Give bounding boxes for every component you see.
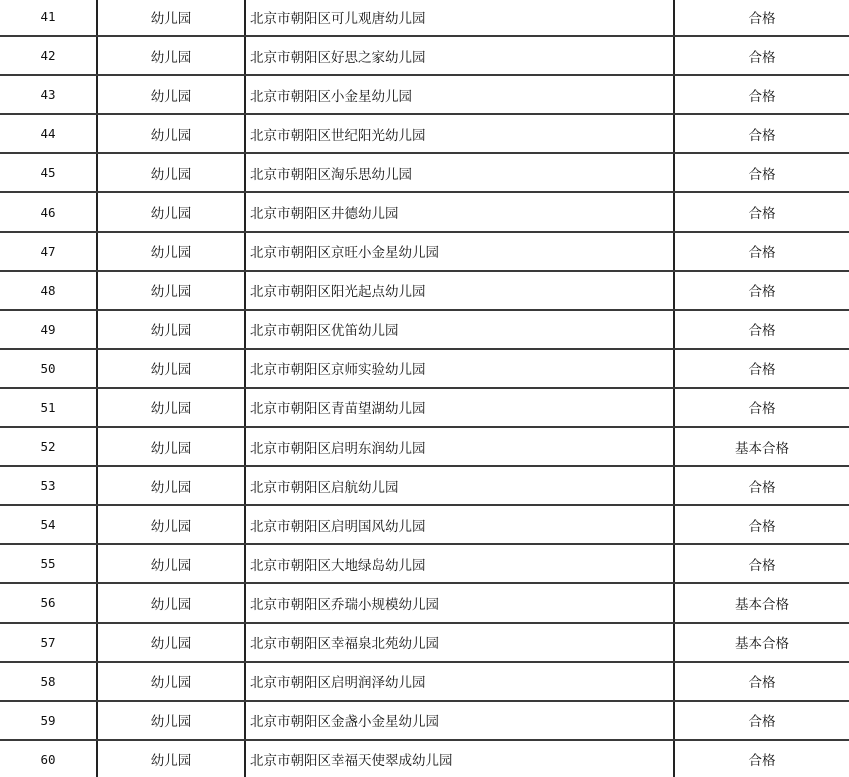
table-row: 56幼儿园北京市朝阳区乔瑞小规模幼儿园基本合格 [0,584,849,623]
institution-type-cell: 幼儿园 [98,584,246,621]
institution-name-cell: 北京市朝阳区启航幼儿园 [246,467,675,504]
inspection-result-cell: 合格 [675,76,849,113]
inspection-result-cell: 基本合格 [675,428,849,465]
institution-name-cell: 北京市朝阳区优笛幼儿园 [246,311,675,348]
institution-type-cell: 幼儿园 [98,545,246,582]
row-number-cell: 53 [0,467,98,504]
inspection-result-cell: 合格 [675,193,849,230]
inspection-result-cell: 合格 [675,506,849,543]
institution-name-cell: 北京市朝阳区金盏小金星幼儿园 [246,702,675,739]
institution-name-cell: 北京市朝阳区启明国风幼儿园 [246,506,675,543]
institution-name-cell: 北京市朝阳区好思之家幼儿园 [246,37,675,74]
table-row: 58幼儿园北京市朝阳区启明润泽幼儿园合格 [0,663,849,702]
row-number-cell: 48 [0,272,98,309]
institution-type-cell: 幼儿园 [98,76,246,113]
inspection-result-cell: 合格 [675,741,849,777]
row-number-cell: 54 [0,506,98,543]
table-row: 54幼儿园北京市朝阳区启明国风幼儿园合格 [0,506,849,545]
row-number-cell: 43 [0,76,98,113]
institution-type-cell: 幼儿园 [98,663,246,700]
row-number-cell: 58 [0,663,98,700]
inspection-result-cell: 合格 [675,702,849,739]
institution-type-cell: 幼儿园 [98,350,246,387]
institution-name-cell: 北京市朝阳区世纪阳光幼儿园 [246,115,675,152]
row-number-cell: 45 [0,154,98,191]
institution-name-cell: 北京市朝阳区淘乐思幼儿园 [246,154,675,191]
row-number-cell: 50 [0,350,98,387]
institution-type-cell: 幼儿园 [98,0,246,35]
inspection-result-cell: 基本合格 [675,584,849,621]
table-row: 59幼儿园北京市朝阳区金盏小金星幼儿园合格 [0,702,849,741]
inspection-result-cell: 合格 [675,233,849,270]
table-row: 47幼儿园北京市朝阳区京旺小金星幼儿园合格 [0,233,849,272]
inspection-result-cell: 合格 [675,272,849,309]
institution-type-cell: 幼儿园 [98,233,246,270]
table-row: 41幼儿园北京市朝阳区可儿观唐幼儿园合格 [0,0,849,37]
institution-name-cell: 北京市朝阳区幸福泉北苑幼儿园 [246,624,675,661]
inspection-result-cell: 合格 [675,389,849,426]
institution-name-cell: 北京市朝阳区井德幼儿园 [246,193,675,230]
table-row: 55幼儿园北京市朝阳区大地绿岛幼儿园合格 [0,545,849,584]
institution-name-cell: 北京市朝阳区青苗望湖幼儿园 [246,389,675,426]
table-row: 50幼儿园北京市朝阳区京师实验幼儿园合格 [0,350,849,389]
row-number-cell: 59 [0,702,98,739]
institution-name-cell: 北京市朝阳区阳光起点幼儿园 [246,272,675,309]
institution-type-cell: 幼儿园 [98,702,246,739]
table-row: 48幼儿园北京市朝阳区阳光起点幼儿园合格 [0,272,849,311]
inspection-result-cell: 合格 [675,37,849,74]
institution-name-cell: 北京市朝阳区启明东润幼儿园 [246,428,675,465]
institution-type-cell: 幼儿园 [98,506,246,543]
table-row: 51幼儿园北京市朝阳区青苗望湖幼儿园合格 [0,389,849,428]
table-row: 53幼儿园北京市朝阳区启航幼儿园合格 [0,467,849,506]
institution-name-cell: 北京市朝阳区启明润泽幼儿园 [246,663,675,700]
inspection-result-cell: 基本合格 [675,624,849,661]
row-number-cell: 47 [0,233,98,270]
institution-type-cell: 幼儿园 [98,741,246,777]
institution-type-cell: 幼儿园 [98,37,246,74]
institution-name-cell: 北京市朝阳区乔瑞小规模幼儿园 [246,584,675,621]
table-row: 42幼儿园北京市朝阳区好思之家幼儿园合格 [0,37,849,76]
row-number-cell: 46 [0,193,98,230]
row-number-cell: 49 [0,311,98,348]
inspection-result-cell: 合格 [675,0,849,35]
row-number-cell: 51 [0,389,98,426]
inspection-result-cell: 合格 [675,663,849,700]
institution-type-cell: 幼儿园 [98,428,246,465]
institution-type-cell: 幼儿园 [98,624,246,661]
inspection-results-table: 41幼儿园北京市朝阳区可儿观唐幼儿园合格42幼儿园北京市朝阳区好思之家幼儿园合格… [0,0,849,777]
inspection-result-cell: 合格 [675,350,849,387]
inspection-result-cell: 合格 [675,311,849,348]
institution-name-cell: 北京市朝阳区京旺小金星幼儿园 [246,233,675,270]
row-number-cell: 52 [0,428,98,465]
inspection-result-cell: 合格 [675,545,849,582]
institution-type-cell: 幼儿园 [98,389,246,426]
institution-type-cell: 幼儿园 [98,311,246,348]
table-row: 57幼儿园北京市朝阳区幸福泉北苑幼儿园基本合格 [0,624,849,663]
inspection-result-cell: 合格 [675,467,849,504]
inspection-result-cell: 合格 [675,115,849,152]
row-number-cell: 42 [0,37,98,74]
institution-name-cell: 北京市朝阳区大地绿岛幼儿园 [246,545,675,582]
institution-type-cell: 幼儿园 [98,154,246,191]
institution-type-cell: 幼儿园 [98,467,246,504]
row-number-cell: 55 [0,545,98,582]
row-number-cell: 60 [0,741,98,777]
table-row: 60幼儿园北京市朝阳区幸福天使翠成幼儿园合格 [0,741,849,777]
institution-name-cell: 北京市朝阳区小金星幼儿园 [246,76,675,113]
table-row: 45幼儿园北京市朝阳区淘乐思幼儿园合格 [0,154,849,193]
table-row: 44幼儿园北京市朝阳区世纪阳光幼儿园合格 [0,115,849,154]
row-number-cell: 56 [0,584,98,621]
inspection-result-cell: 合格 [675,154,849,191]
institution-name-cell: 北京市朝阳区可儿观唐幼儿园 [246,0,675,35]
institution-name-cell: 北京市朝阳区京师实验幼儿园 [246,350,675,387]
table-row: 43幼儿园北京市朝阳区小金星幼儿园合格 [0,76,849,115]
table-row: 49幼儿园北京市朝阳区优笛幼儿园合格 [0,311,849,350]
row-number-cell: 44 [0,115,98,152]
institution-type-cell: 幼儿园 [98,115,246,152]
row-number-cell: 57 [0,624,98,661]
institution-name-cell: 北京市朝阳区幸福天使翠成幼儿园 [246,741,675,777]
table-row: 52幼儿园北京市朝阳区启明东润幼儿园基本合格 [0,428,849,467]
row-number-cell: 41 [0,0,98,35]
institution-type-cell: 幼儿园 [98,193,246,230]
table-row: 46幼儿园北京市朝阳区井德幼儿园合格 [0,193,849,232]
institution-type-cell: 幼儿园 [98,272,246,309]
